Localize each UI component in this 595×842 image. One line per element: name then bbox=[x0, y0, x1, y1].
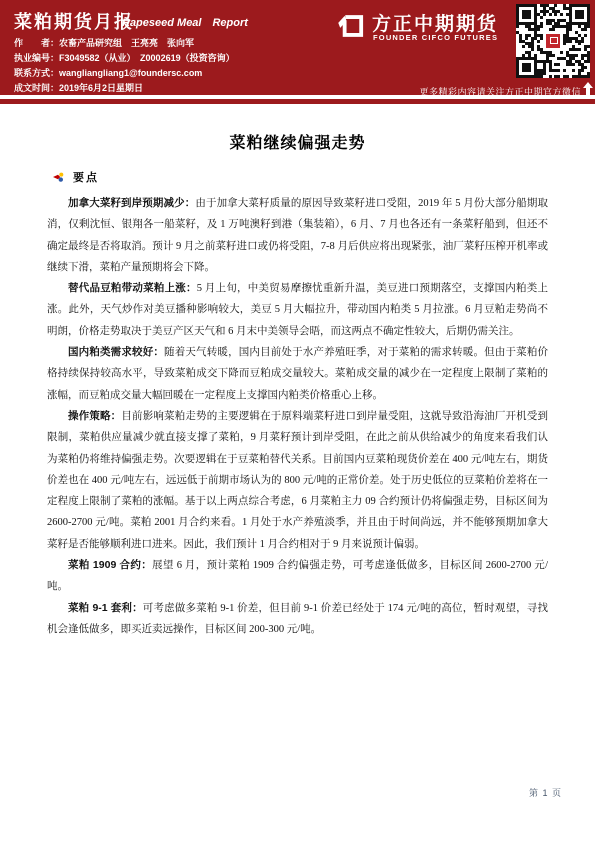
keypoints-heading: 要点 bbox=[53, 169, 595, 185]
page-number: 第 1 页 bbox=[529, 786, 562, 799]
meta-license: 执业编号：F3049582（从业） Z0002619（投资咨询） bbox=[14, 51, 235, 66]
report-body: 菜粕继续偏强走势 要点 加拿大菜籽到岸预期减少：由于加拿大菜籽质量的原因导致菜籽… bbox=[0, 104, 595, 640]
qr-center-logo bbox=[544, 32, 562, 50]
paragraph-lead: 菜粕 9-1 套利： bbox=[68, 602, 143, 614]
paragraph: 操作策略：目前影响菜粕走势的主要逻辑在于原料端菜籽进口到岸量受阻，这就导致沿海油… bbox=[47, 406, 548, 555]
paragraph-lead: 替代品豆粕带动菜粕上涨： bbox=[68, 282, 197, 294]
paragraph-lead: 菜粕 1909 合约： bbox=[68, 559, 152, 571]
paragraph: 菜粕 1909 合约：展望 6 月，预计菜粕 1909 合约偏强走势，可考虑逢低… bbox=[47, 555, 548, 598]
meta-license-label: 执业编号： bbox=[14, 53, 59, 63]
page-title: 菜粕继续偏强走势 bbox=[0, 130, 595, 153]
report-meta: 作 者：农畜产品研究组 王亮亮 张向军 执业编号：F3049582（从业） Z0… bbox=[14, 36, 235, 96]
paragraph: 菜粕 9-1 套利：可考虑做多菜粕 9-1 价差，但目前 9-1 价差已经处于 … bbox=[47, 598, 548, 641]
meta-contact-email: wangliangliang1@foundersc.com bbox=[59, 68, 202, 78]
company-name-en: FOUNDER CIFCO FUTURES bbox=[373, 33, 498, 42]
meta-author-value: 农畜产品研究组 王亮亮 张向军 bbox=[59, 38, 194, 48]
meta-date: 成文时间：2019年6月2日星期日 bbox=[14, 81, 235, 96]
wechat-note: 更多精彩内容请关注方正中期官方微信 bbox=[419, 85, 581, 98]
report-subtitle: Rapeseed Meal Report bbox=[122, 14, 248, 30]
meta-contact-label: 联系方式： bbox=[14, 68, 59, 78]
meta-contact: 联系方式：wangliangliang1@foundersc.com bbox=[14, 66, 235, 81]
paragraph: 替代品豆粕带动菜粕上涨：5 月上旬，中美贸易摩擦忧重新升温，美豆进口预期落空，支… bbox=[47, 278, 548, 342]
paragraph-lead: 操作策略： bbox=[68, 410, 121, 422]
paragraph-text: 目前影响菜粕走势的主要逻辑在于原料端菜籽进口到岸量受阻，这就导致沿海油厂开机受到… bbox=[47, 411, 548, 550]
report-title: 菜粕期货月报 bbox=[14, 8, 134, 34]
meta-author-label: 作 者： bbox=[14, 38, 59, 48]
paragraph: 加拿大菜籽到岸预期减少：由于加拿大菜籽质量的原因导致菜籽进口受阻，2019 年 … bbox=[47, 193, 548, 278]
wechat-qr-code bbox=[516, 4, 590, 78]
report-paragraphs: 加拿大菜籽到岸预期减少：由于加拿大菜籽质量的原因导致菜籽进口受阻，2019 年 … bbox=[0, 191, 595, 640]
meta-license-value: F3049582（从业） Z0002619（投资咨询） bbox=[59, 53, 235, 63]
company-name-cn: 方正中期期货 bbox=[372, 9, 498, 36]
paragraph-lead: 加拿大菜籽到岸预期减少： bbox=[68, 197, 195, 209]
keypoints-label: 要点 bbox=[73, 169, 99, 185]
paragraph-text: 由于加拿大菜籽质量的原因导致菜籽进口受阻，2019 年 5 月份大部分船期取消，… bbox=[47, 198, 548, 273]
meta-date-label: 成文时间： bbox=[14, 83, 59, 93]
report-header: 菜粕期货月报 Rapeseed Meal Report 作 者：农畜产品研究组 … bbox=[0, 0, 595, 97]
paragraph-lead: 国内粕类需求较好： bbox=[68, 346, 164, 358]
meta-date-value: 2019年6月2日星期日 bbox=[59, 83, 143, 93]
meta-author: 作 者：农畜产品研究组 王亮亮 张向军 bbox=[14, 36, 235, 51]
paragraph: 国内粕类需求较好：随着天气转暖，国内目前处于水产养殖旺季，对于菜粕的需求转暖。但… bbox=[47, 342, 548, 406]
founder-logo-icon bbox=[337, 12, 365, 40]
keypoints-bullet-icon bbox=[53, 171, 65, 183]
arrow-up-icon bbox=[583, 82, 593, 97]
